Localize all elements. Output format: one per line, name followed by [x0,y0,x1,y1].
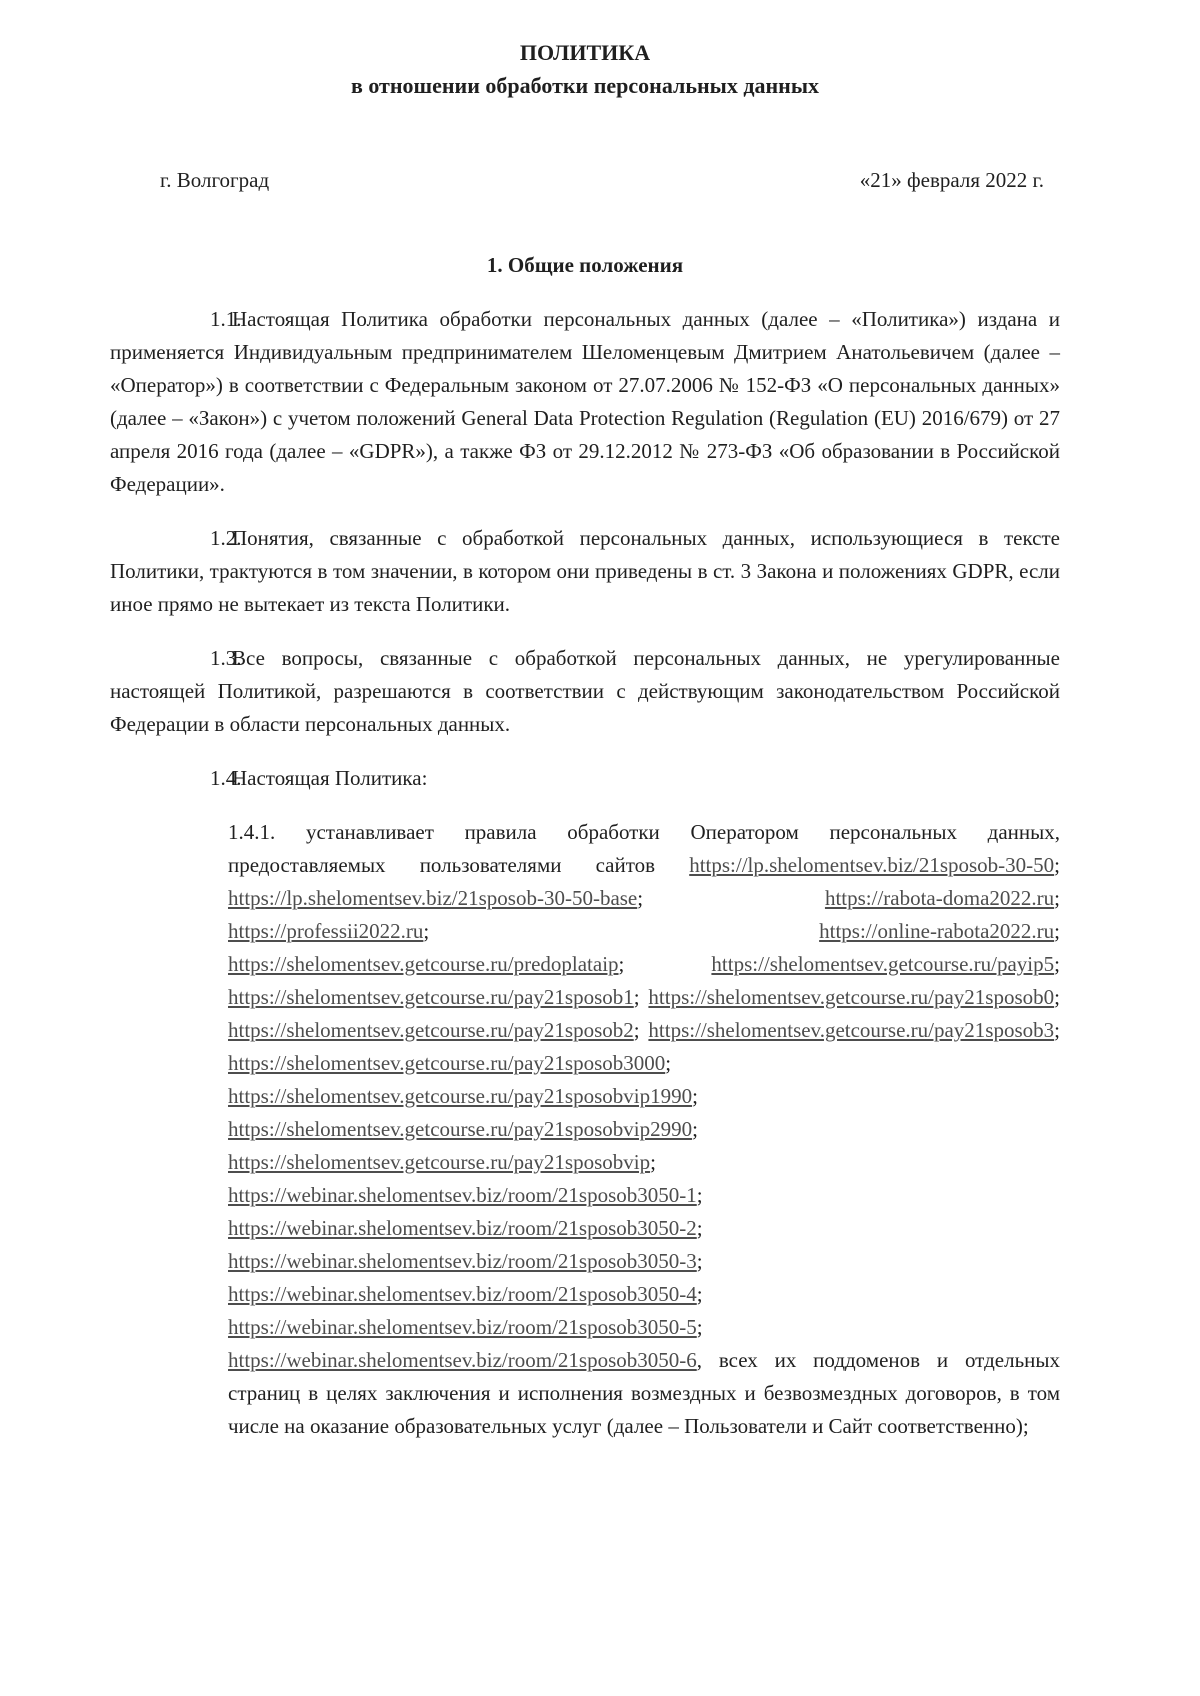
site-link[interactable]: https://webinar.shelomentsev.biz/room/21… [228,1216,697,1240]
clause-1-2: 1.2.Понятия, связанные с обработкой перс… [110,522,1060,621]
site-link[interactable]: https://webinar.shelomentsev.biz/room/21… [228,1183,697,1207]
clause-1-4-number: 1.4. [160,762,232,795]
clause-1-2-text: Понятия, связанные с обработкой персонал… [110,526,1060,616]
site-link[interactable]: https://rabota-doma2022.ru [825,886,1054,910]
clause-1-3-text: Все вопросы, связанные с обработкой перс… [110,646,1060,736]
clause-1-1-text: Настоящая Политика обработки персональны… [110,307,1060,496]
site-link[interactable]: https://shelomentsev.getcourse.ru/payip5 [711,952,1054,976]
site-link[interactable]: https://shelomentsev.getcourse.ru/pay21s… [648,1018,1054,1042]
clause-1-4-text: Настоящая Политика: [232,766,427,790]
site-link[interactable]: https://webinar.shelomentsev.biz/room/21… [228,1282,697,1306]
site-link[interactable]: https://shelomentsev.getcourse.ru/pay21s… [228,1150,650,1174]
site-link[interactable]: https://shelomentsev.getcourse.ru/predop… [228,952,619,976]
document-subtitle: в отношении обработки персональных данны… [110,69,1060,102]
clause-1-4-1-number: 1.4.1. [228,820,275,844]
clause-1-4-1: 1.4.1. устанавливает правила обработки О… [228,816,1060,1443]
document-date: «21» февраля 2022 г. [860,164,1044,197]
clause-1-4: 1.4.Настоящая Политика: [110,762,1060,795]
site-link[interactable]: https://webinar.shelomentsev.biz/room/21… [228,1315,697,1339]
site-link[interactable]: https://shelomentsev.getcourse.ru/pay21s… [228,1084,692,1108]
document-city: г. Волгоград [160,164,269,197]
clause-1-3-number: 1.3. [160,642,232,675]
site-link[interactable]: https://webinar.shelomentsev.biz/room/21… [228,1348,697,1372]
section-heading: 1. Общие положения [110,249,1060,282]
site-link[interactable]: https://professii2022.ru [228,919,423,943]
city-date-row: г. Волгоград «21» февраля 2022 г. [110,164,1060,197]
site-link[interactable]: https://shelomentsev.getcourse.ru/pay21s… [228,985,634,1009]
site-link[interactable]: https://webinar.shelomentsev.biz/room/21… [228,1249,697,1273]
clause-1-1-number: 1.1. [160,303,232,336]
site-link[interactable]: https://lp.shelomentsev.biz/21sposob-30-… [228,886,637,910]
document-page: ПОЛИТИКА в отношении обработки персональ… [0,0,1200,1696]
clause-1-3: 1.3.Все вопросы, связанные с обработкой … [110,642,1060,741]
site-link[interactable]: https://shelomentsev.getcourse.ru/pay21s… [228,1018,634,1042]
site-link[interactable]: https://shelomentsev.getcourse.ru/pay21s… [228,1117,692,1141]
site-link[interactable]: https://online-rabota2022.ru [819,919,1054,943]
site-link[interactable]: https://lp.shelomentsev.biz/21sposob-30-… [689,853,1054,877]
clause-1-1: 1.1.Настоящая Политика обработки персона… [110,303,1060,501]
site-links-list: https://lp.shelomentsev.biz/21sposob-30-… [228,853,1060,1372]
clause-1-2-number: 1.2. [160,522,232,555]
site-link[interactable]: https://shelomentsev.getcourse.ru/pay21s… [648,985,1054,1009]
site-link[interactable]: https://shelomentsev.getcourse.ru/pay21s… [228,1051,665,1075]
document-title: ПОЛИТИКА [110,36,1060,69]
